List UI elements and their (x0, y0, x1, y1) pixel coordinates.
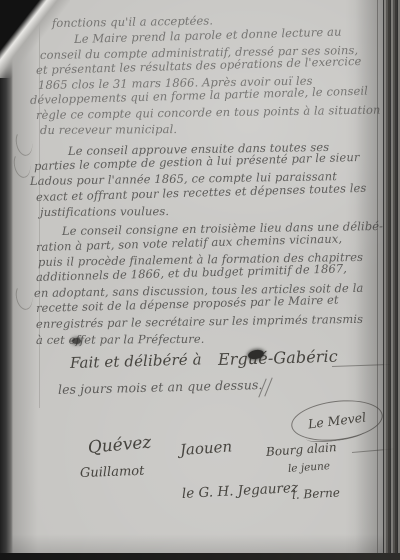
manuscript-line: justifications voulues. (40, 206, 169, 218)
signature: Jaouen (179, 439, 232, 458)
signature: le jeune (288, 461, 331, 474)
manuscript-line: du receveur municipal. (40, 124, 177, 136)
photo-edge-bottom (0, 553, 400, 560)
signature: Guillamot (80, 465, 145, 480)
signature: l. Berne (292, 486, 341, 500)
closing-formula: Fait et délibéré à (70, 352, 202, 371)
manuscript-line: fonctions qu'il a acceptées. (52, 15, 213, 29)
page-edge-line (377, 0, 378, 560)
manuscript-line: à cet effet par la Préfecture. (36, 334, 205, 347)
binding-edge-left (0, 0, 13, 560)
page-edge-right (383, 0, 400, 560)
ink-blot (72, 338, 81, 344)
page-curve-shadow (355, 0, 383, 560)
closing-place: Ergué-Gabéric (218, 349, 338, 368)
manuscript-photo: fonctions qu'il a acceptées. Le Maire pr… (0, 0, 400, 560)
binding-corner-topleft (0, 0, 70, 78)
